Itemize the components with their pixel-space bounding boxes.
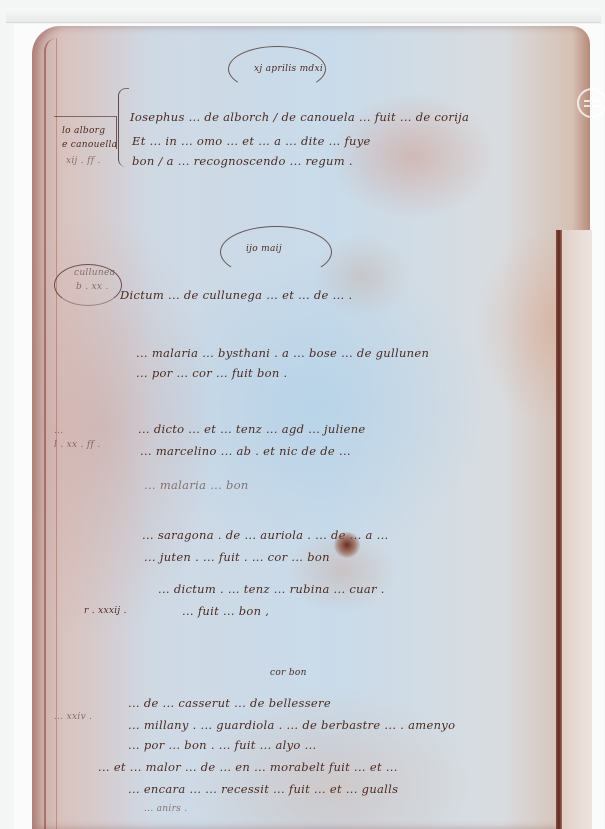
entry-1-bracket: [118, 88, 129, 167]
entry-4-line-2: ... marcelino ... ab . et nic de de ...: [140, 444, 351, 458]
entry-1-line-1: Iosephus ... de alborch / de canouela ..…: [130, 110, 469, 124]
entry-6-margin-line-1: ... xxiv .: [54, 712, 92, 722]
entry-2-heading: ijo maij: [246, 244, 282, 254]
entry-6-line-1: ... de ... casserut ... de bellessere: [128, 696, 331, 710]
entry-6-line-3: ... por ... bon . ... fuit ... alyo ...: [128, 738, 316, 752]
entry-4-margin-line-1: ...: [54, 426, 63, 436]
entry-3-line-1: ... malaria ... bysthani . a ... bose ..…: [136, 346, 429, 360]
binding-margin: [562, 230, 592, 829]
entry-5-margin-line-1: r . xxxij .: [84, 606, 127, 616]
entry-4-margin-line-2: l . xx . ff .: [54, 440, 100, 450]
entry-1-heading: xj aprilis mdxi: [254, 64, 323, 74]
entry-2-margin-line-1: cullunea: [74, 268, 115, 278]
entry-5-line-4: ... fuit ... bon ,: [182, 604, 269, 618]
entry-6-line-5: ... encara ... ... recessit ... fuit ...…: [128, 782, 398, 796]
ink-stain: [334, 532, 360, 558]
entry-6-line-6: ... anirs .: [144, 804, 187, 814]
entry-1-line-2: Et ... in ... omo ... et ... a ... dite …: [132, 134, 371, 148]
entry-4-line-3: ... malaria ... bon: [144, 478, 249, 492]
entry-3-line-2: ... por ... cor ... fuit bon .: [136, 366, 287, 380]
scanner-bed-edge: [6, 8, 601, 23]
entry-1-margin-line-3: xij . ff .: [66, 156, 101, 166]
entry-5-line-2: ... juten . ... fuit . ... cor ... bon: [144, 550, 330, 564]
entry-2-line-1: Dictum ... de cullunega ... et ... de ..…: [120, 288, 352, 302]
entry-2-margin-line-2: b . xx .: [76, 282, 109, 292]
entry-4-line-1: ... dicto ... et ... tenz ... agd ... ju…: [138, 422, 366, 436]
entry-5-line-3: ... dictum . ... tenz ... rubina ... cua…: [158, 582, 385, 596]
entry-6-line-4: ... et ... malor ... de ... en ... morab…: [98, 760, 398, 774]
entry-1-margin-line-1: lo alborg: [62, 126, 105, 136]
manuscript-page: xj aprilis mdxi lo alborg e canouella xi…: [32, 26, 590, 829]
watermark-icon: [577, 88, 605, 118]
entry-1-margin-line-2: e canouella: [62, 140, 117, 150]
entry-6-line-2: ... millany . ... guardiola . ... de ber…: [128, 718, 455, 732]
entry-6-heading: cor bon: [270, 668, 307, 678]
binding-edge: [556, 230, 562, 829]
entry-1-line-3: bon / a ... recognoscendo ... regum .: [132, 154, 353, 168]
